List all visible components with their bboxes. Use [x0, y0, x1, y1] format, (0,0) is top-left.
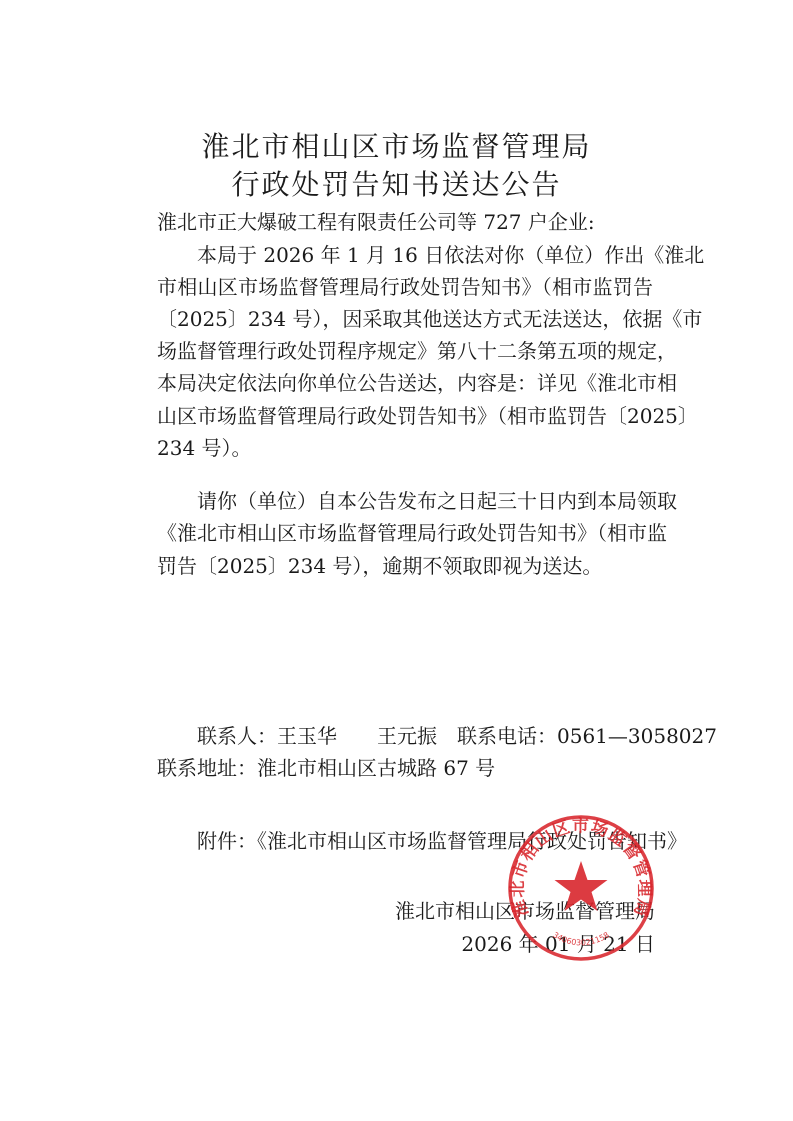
contact-people: 联系人：王玉华 王元振 联系电话：0561—3058027 — [157, 720, 653, 749]
paragraph1-line: 本局决定依法向你单位公告送达，内容是：详见《淮北市相 — [157, 367, 653, 396]
title-line-2: 行政处罚告知书送达公告 — [0, 163, 793, 203]
contact-address: 联系地址：淮北市相山区古城路 67 号 — [157, 752, 653, 781]
paragraph1-line: 234 号）。 — [157, 432, 653, 461]
paragraph2-line: 《淮北市相山区市场监督管理局行政处罚告知书》（相市监 — [157, 517, 653, 546]
svg-text:340603021158: 340603021158 — [551, 930, 611, 947]
paragraph2-line: 请你（单位）自本公告发布之日起三十日内到本局领取 — [157, 485, 653, 514]
seal-code: 340603021158 — [551, 930, 611, 947]
paragraph1-line: 场监督管理行政处罚程序规定》第八十二条第五项的规定， — [157, 335, 653, 364]
official-seal: 淮北市相山区市场监督管理局 340603021158 — [506, 813, 656, 963]
paragraph1-line: 本局于 2026 年 1 月 16 日依法对你（单位）作出《淮北 — [157, 239, 653, 268]
paragraph1-line: 〔2025〕234 号），因采取其他送达方式无法送达，依据《市 — [157, 303, 653, 332]
star-icon — [555, 861, 608, 911]
paragraph1-line: 市相山区市场监督管理局行政处罚告知书》（相市监罚告 — [157, 271, 653, 300]
paragraph2-line: 罚告〔2025〕234 号），逾期不领取即视为送达。 — [157, 550, 653, 579]
title-line-1: 淮北市相山区市场监督管理局 — [0, 125, 793, 165]
addressee: 淮北市正大爆破工程有限责任公司等 727 户企业: — [157, 206, 653, 235]
paragraph1-line: 山区市场监督管理局行政处罚告知书》（相市监罚告〔2025〕 — [157, 400, 653, 429]
